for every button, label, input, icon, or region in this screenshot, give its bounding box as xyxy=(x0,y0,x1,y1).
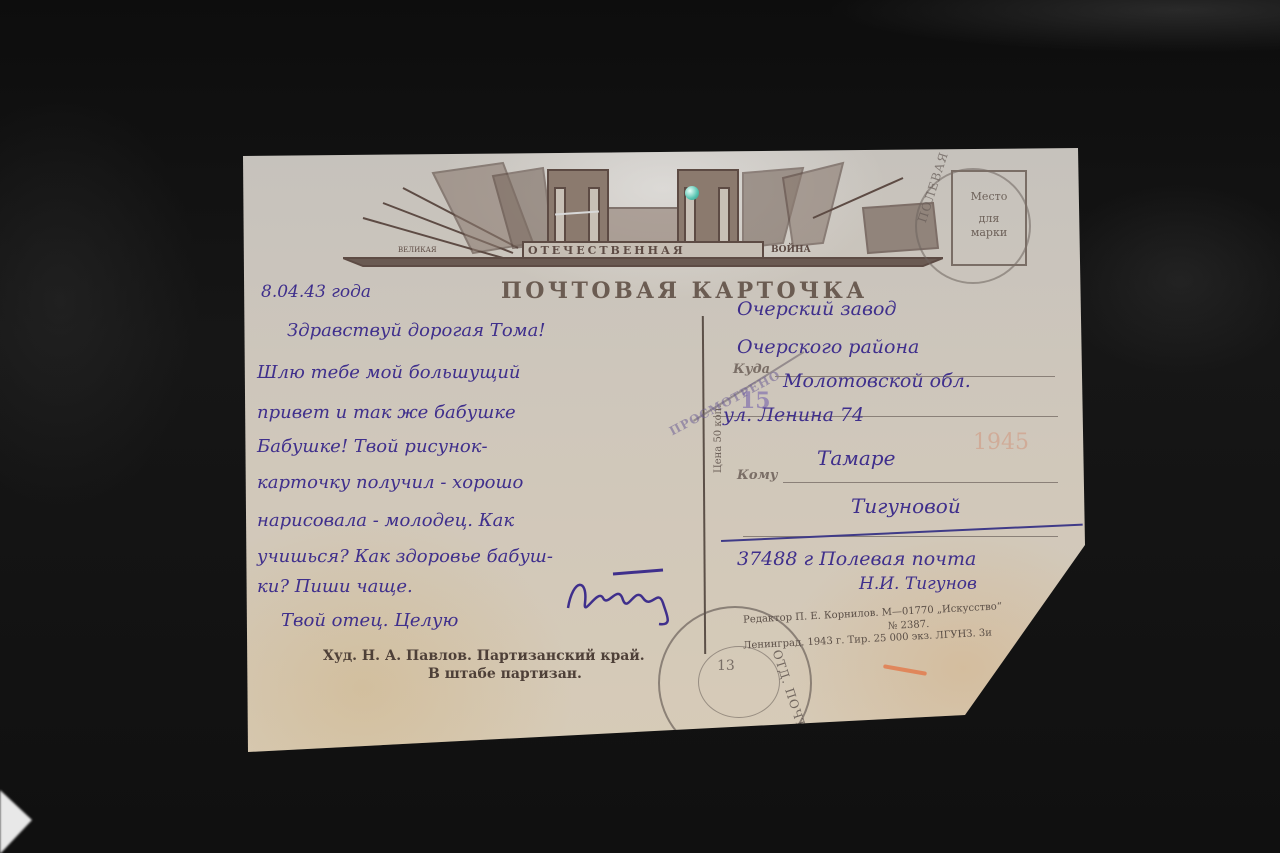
faint-red-number: 1945 xyxy=(973,430,1029,455)
sender-line: Н.И. Тигунов xyxy=(859,574,977,594)
address-komu-line: Тамаре xyxy=(817,446,895,470)
push-pin-icon xyxy=(685,186,699,200)
message-line: карточку получил - хорошо xyxy=(257,472,523,493)
stamp-box-line: для xyxy=(953,212,1025,226)
message-line: Твой отец. Целую xyxy=(281,610,458,631)
message-line: нарисовала - молодец. Как xyxy=(257,510,514,531)
message-line: привет и так же бабушке xyxy=(257,402,516,423)
signature-scribble-icon xyxy=(563,568,683,628)
banner-right-text: ВОЙНА xyxy=(771,245,811,255)
ink-underline xyxy=(721,524,1083,542)
address-kuda-line: Очерский завод xyxy=(737,298,897,320)
stamp-box-line: Место xyxy=(953,190,1025,204)
address-kuda-line: Очерского района xyxy=(737,336,919,358)
message-line: учишься? Как здоровье бабуш- xyxy=(257,546,553,567)
kuda-label: Куда xyxy=(733,362,770,377)
red-pencil-mark xyxy=(883,664,927,676)
message-line: Шлю тебе мой большущий xyxy=(257,362,521,383)
stamp-placeholder-box: Место для марки xyxy=(951,170,1027,266)
address-komu-line: Тигуновой xyxy=(851,494,961,518)
banner-center-text: ОТЕЧЕСТВЕННАЯ xyxy=(528,244,686,257)
postmark-date: 13 xyxy=(717,658,735,674)
artwork-caption-line: Худ. Н. А. Павлов. Партизанский край. xyxy=(323,648,645,664)
price-label: Цена 50 коп. xyxy=(713,405,724,473)
address-kuda-line: Молотовской обл. xyxy=(783,370,971,392)
sender-line: 37488 г Полевая почта xyxy=(737,548,976,570)
address-kuda-line: ул. Ленина 74 xyxy=(723,404,864,426)
artwork-caption-line: В штабе партизан. xyxy=(428,666,582,682)
stamp-box-line: марки xyxy=(953,226,1025,240)
banner-left-text: ВЕЛИКАЯ xyxy=(398,246,437,254)
address-divider xyxy=(702,316,706,654)
background-paper-flap xyxy=(0,790,32,853)
message-line: ки? Пиши чаще. xyxy=(257,576,413,597)
postmark-inner-ring xyxy=(698,646,780,718)
message-date: 8.04.43 года xyxy=(261,282,371,302)
address-rule xyxy=(783,482,1058,483)
message-line: Бабушке! Твой рисунок- xyxy=(257,436,488,457)
message-line: Здравствуй дорогая Тома! xyxy=(287,320,546,341)
komu-label: Кому xyxy=(737,468,778,483)
postcard: ВЕЛИКАЯ ОТЕЧЕСТВЕННАЯ ВОЙНА ПОЧТОВАЯ КАР… xyxy=(243,148,1085,752)
